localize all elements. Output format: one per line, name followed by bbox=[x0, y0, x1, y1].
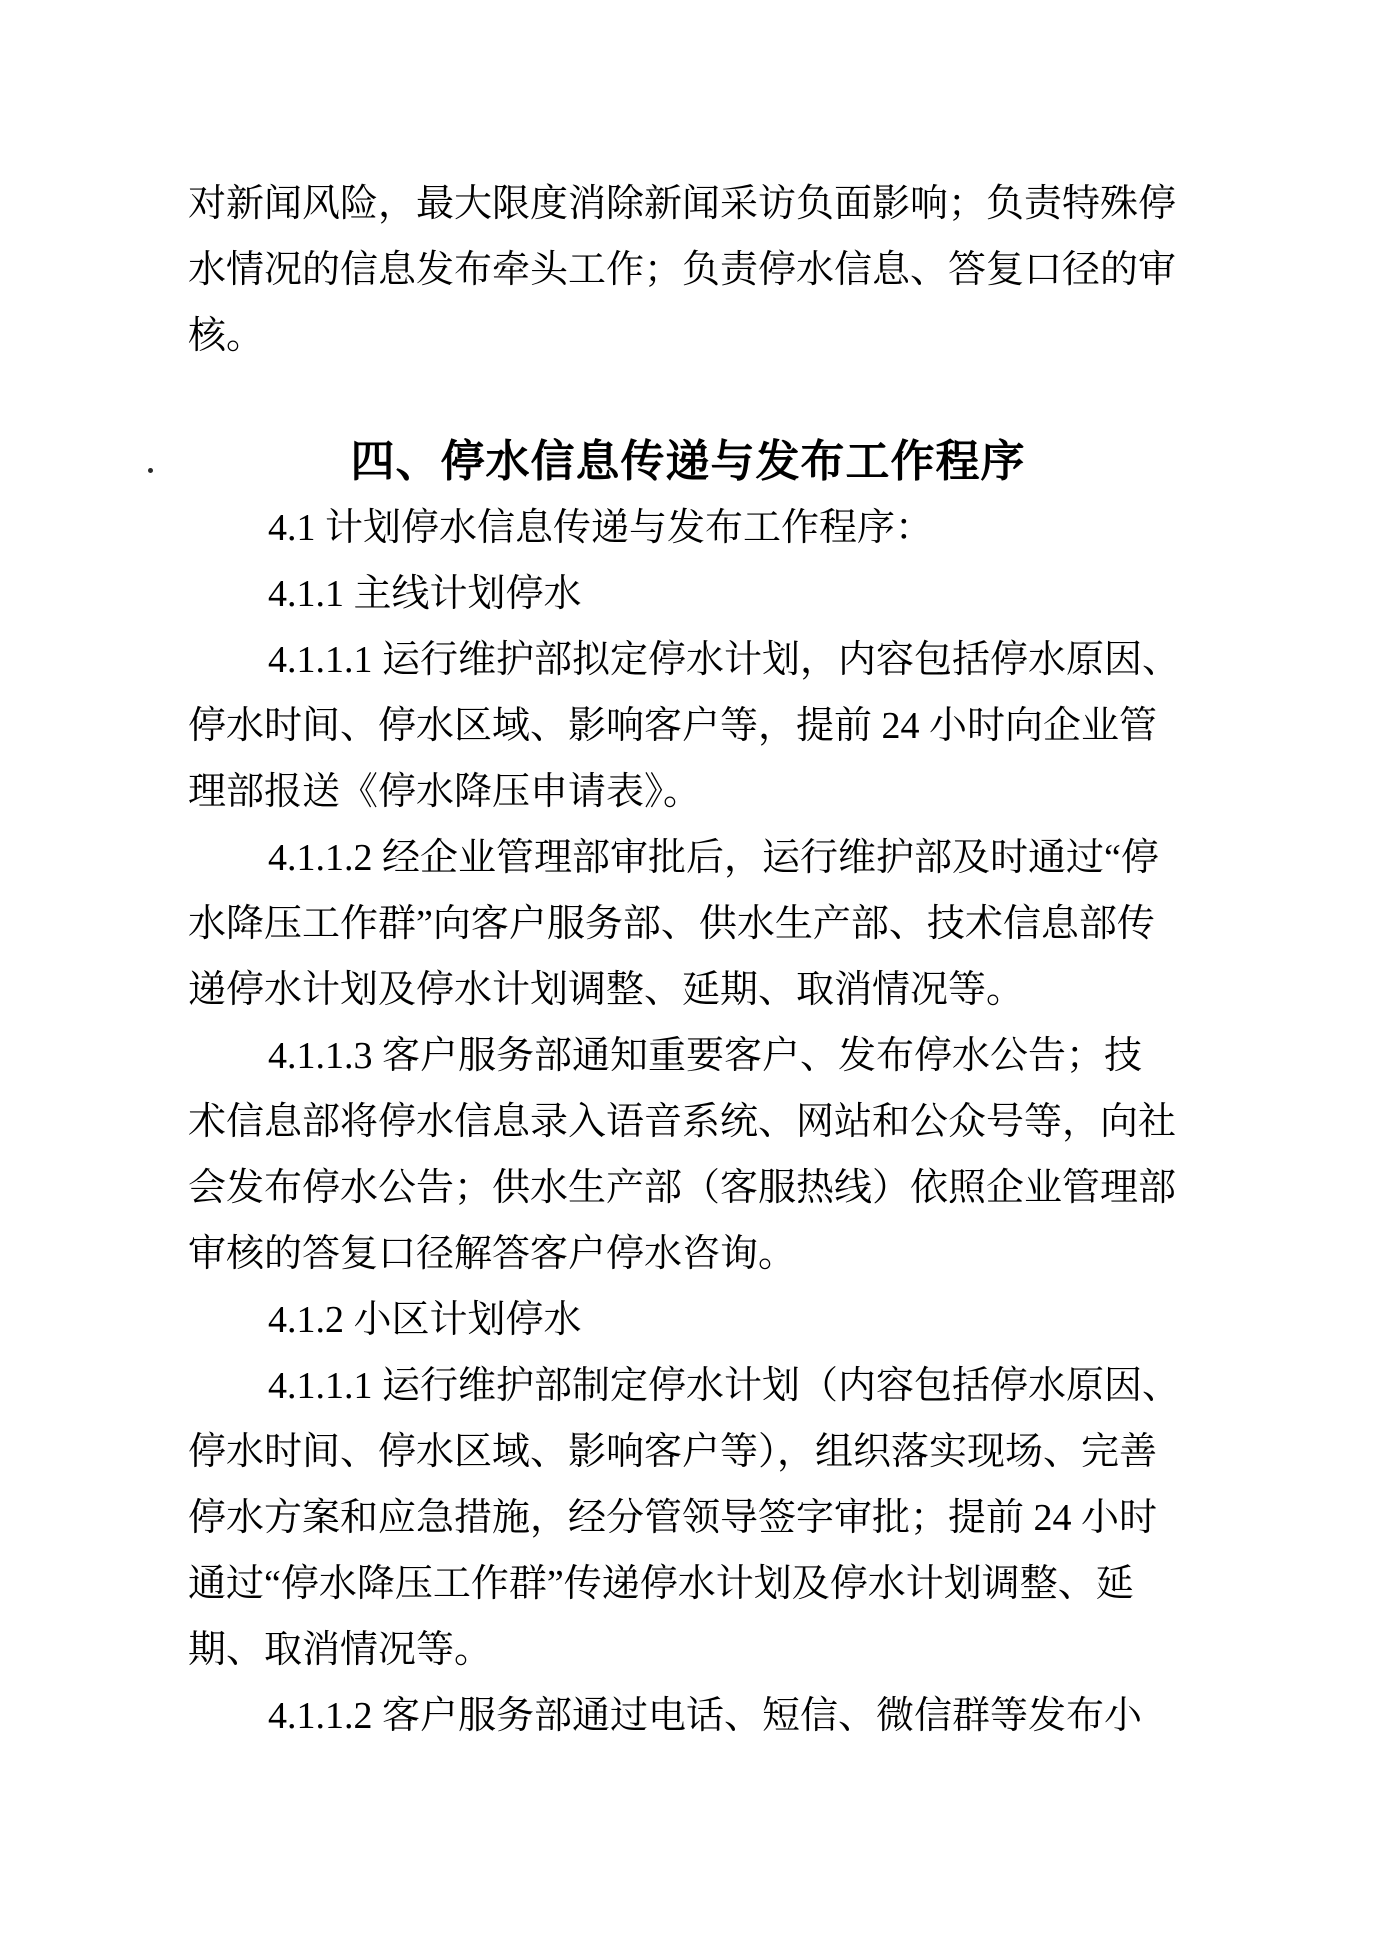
text-line: 对新闻风险，最大限度消除新闻采访负面影响；负责特殊停 bbox=[188, 171, 1188, 237]
text-line: 4.1.1.2 客户服务部通过电话、短信、微信群等发布小 bbox=[188, 1683, 1188, 1749]
section-heading: 四、停水信息传递与发布工作程序 bbox=[188, 429, 1188, 495]
text-line: 停水时间、停水区域、影响客户等，提前 24 小时向企业管 bbox=[188, 693, 1188, 759]
text-block: 对新闻风险，最大限度消除新闻采访负面影响；负责特殊停 水情况的信息发布牵头工作；… bbox=[188, 171, 1188, 1749]
text-line: 4.1.2 小区计划停水 bbox=[188, 1287, 1188, 1353]
text-line: 水降压工作群”向客户服务部、供水生产部、技术信息部传 bbox=[188, 891, 1188, 957]
text-line: 4.1 计划停水信息传递与发布工作程序： bbox=[188, 495, 1188, 561]
text-line: 停水方案和应急措施，经分管领导签字审批；提前 24 小时 bbox=[188, 1485, 1188, 1551]
text-line: 理部报送《停水降压申请表》。 bbox=[188, 759, 1188, 825]
text-line: 会发布停水公告；供水生产部（客服热线）依照企业管理部 bbox=[188, 1155, 1188, 1221]
text-line: 通过“停水降压工作群”传递停水计划及停水计划调整、延 bbox=[188, 1551, 1188, 1617]
text-line: 4.1.1 主线计划停水 bbox=[188, 561, 1188, 627]
text-line: 停水时间、停水区域、影响客户等），组织落实现场、完善 bbox=[188, 1419, 1188, 1485]
text-line: 水情况的信息发布牵头工作；负责停水信息、答复口径的审 bbox=[188, 237, 1188, 303]
document-page: 对新闻风险，最大限度消除新闻采访负面影响；负责特殊停 水情况的信息发布牵头工作；… bbox=[0, 0, 1388, 1949]
text-line: 审核的答复口径解答客户停水咨询。 bbox=[188, 1221, 1188, 1287]
text-line: 核。 bbox=[188, 303, 1188, 369]
text-line: 递停水计划及停水计划调整、延期、取消情况等。 bbox=[188, 957, 1188, 1023]
text-line: 4.1.1.3 客户服务部通知重要客户、发布停水公告；技 bbox=[188, 1023, 1188, 1089]
text-line: 4.1.1.2 经企业管理部审批后，运行维护部及时通过“停 bbox=[188, 825, 1188, 891]
text-line: 期、取消情况等。 bbox=[188, 1617, 1188, 1683]
text-line: 4.1.1.1 运行维护部拟定停水计划，内容包括停水原因、 bbox=[188, 627, 1188, 693]
scan-speck bbox=[148, 468, 153, 473]
blank-line bbox=[188, 369, 1188, 429]
text-line: 4.1.1.1 运行维护部制定停水计划（内容包括停水原因、 bbox=[188, 1353, 1188, 1419]
text-line: 术信息部将停水信息录入语音系统、网站和公众号等，向社 bbox=[188, 1089, 1188, 1155]
